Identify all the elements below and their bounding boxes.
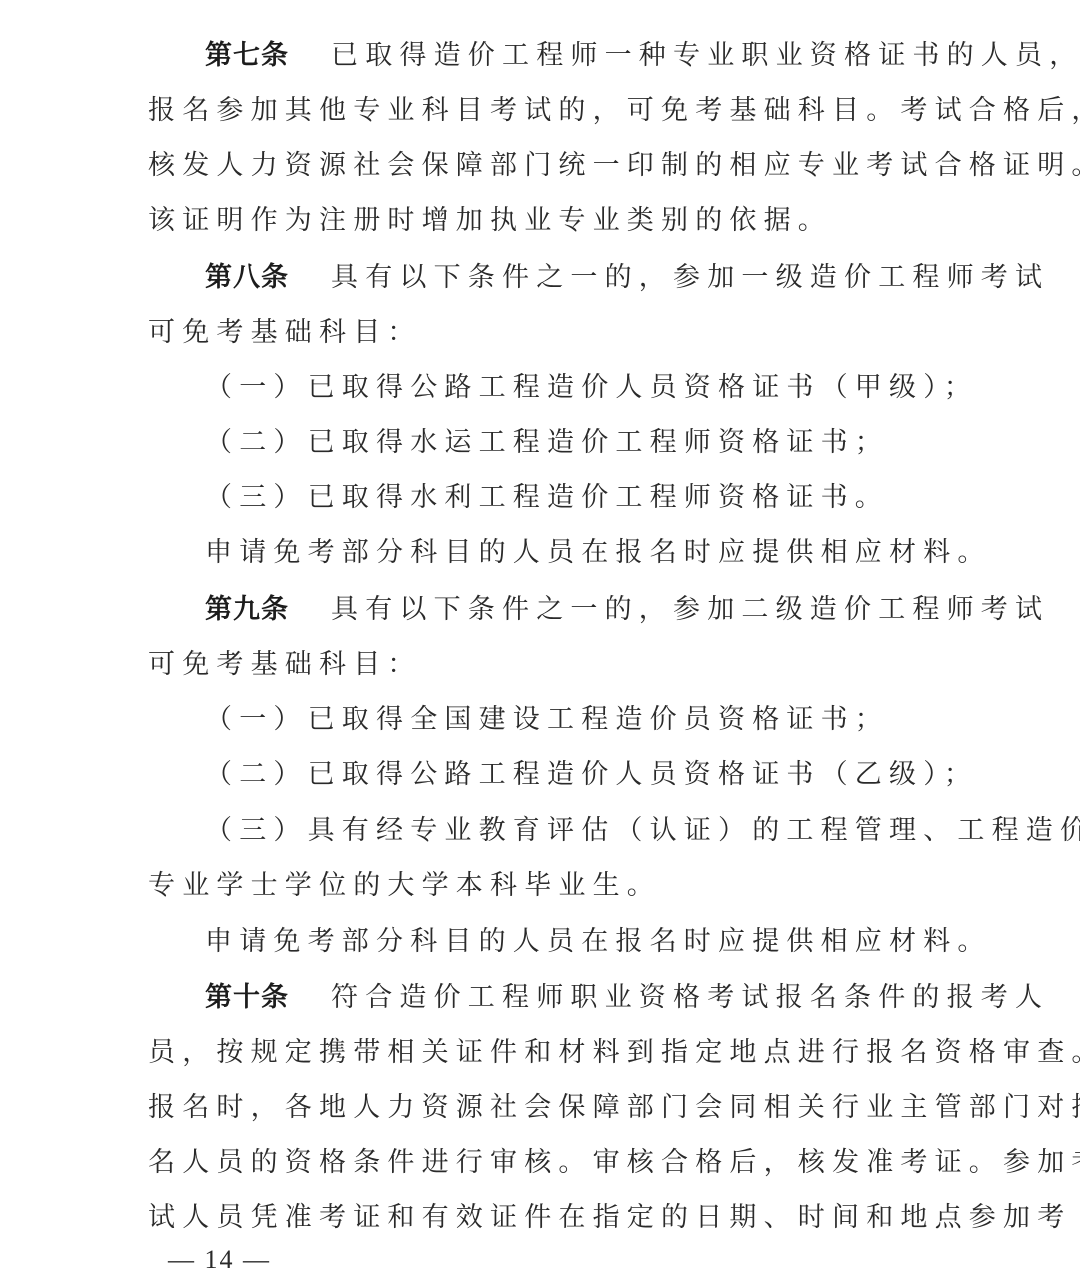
article-7-line: 报名参加其他专业科目考试的，可免考基础科目。考试合格后， — [148, 91, 960, 131]
article-8-item: （三）已取得水利工程造价工程师资格证书。 — [205, 478, 1017, 518]
article-7-line: 核发人力资源社会保障部门统一印制的相应专业考试合格证明。 — [148, 146, 960, 186]
article-7-line: 该证明作为注册时增加执业专业类别的依据。 — [148, 201, 960, 241]
article-7-text: 已取得造价工程师一种专业职业资格证书的人员， — [331, 40, 1080, 71]
article-9-item: （一）已取得全国建设工程造价员资格证书； — [205, 700, 1017, 740]
article-10-text: 符合造价工程师职业资格考试报名条件的报考人 — [331, 982, 1049, 1013]
article-10-line: 试人员凭准考证和有效证件在指定的日期、时间和地点参加考 — [148, 1198, 960, 1238]
article-9-heading: 第九条 — [205, 594, 289, 625]
article-10-line: 员，按规定携带相关证件和材料到指定地点进行报名资格审查。 — [148, 1033, 960, 1073]
article-8-item: （二）已取得水运工程造价工程师资格证书； — [205, 423, 1017, 463]
article-10-line: 名人员的资格条件进行审核。审核合格后，核发准考证。参加考 — [148, 1143, 960, 1183]
article-10-first-line: 第十条符合造价工程师职业资格考试报名条件的报考人 — [205, 978, 1017, 1018]
article-9-line: 可免考基础科目： — [148, 645, 960, 685]
article-7-first-line: 第七条已取得造价工程师一种专业职业资格证书的人员， — [205, 36, 1017, 76]
article-10-heading: 第十条 — [205, 982, 289, 1013]
article-8-heading: 第八条 — [205, 262, 289, 293]
article-7-heading: 第七条 — [205, 40, 289, 71]
article-9-item-continuation: 专业学士学位的大学本科毕业生。 — [148, 866, 960, 906]
article-9-note: 申请免考部分科目的人员在报名时应提供相应材料。 — [205, 922, 1017, 962]
article-8-first-line: 第八条具有以下条件之一的，参加一级造价工程师考试 — [205, 258, 1017, 298]
page-number: — 14 — — [168, 1244, 271, 1276]
article-9-first-line: 第九条具有以下条件之一的，参加二级造价工程师考试 — [205, 590, 1017, 630]
document-page: 第七条已取得造价工程师一种专业职业资格证书的人员， 报名参加其他专业科目考试的，… — [0, 0, 1080, 1288]
article-10-line: 报名时，各地人力资源社会保障部门会同相关行业主管部门对报 — [148, 1088, 960, 1128]
article-8-text: 具有以下条件之一的，参加一级造价工程师考试 — [331, 262, 1049, 293]
article-8-line: 可免考基础科目： — [148, 313, 960, 353]
article-8-item: （一）已取得公路工程造价人员资格证书（甲级）； — [205, 368, 1017, 408]
article-9-item: （二）已取得公路工程造价人员资格证书（乙级）； — [205, 755, 1017, 795]
article-8-note: 申请免考部分科目的人员在报名时应提供相应材料。 — [205, 533, 1017, 573]
article-9-item: （三）具有经专业教育评估（认证）的工程管理、工程造价 — [205, 811, 1017, 851]
article-9-text: 具有以下条件之一的，参加二级造价工程师考试 — [331, 594, 1049, 625]
